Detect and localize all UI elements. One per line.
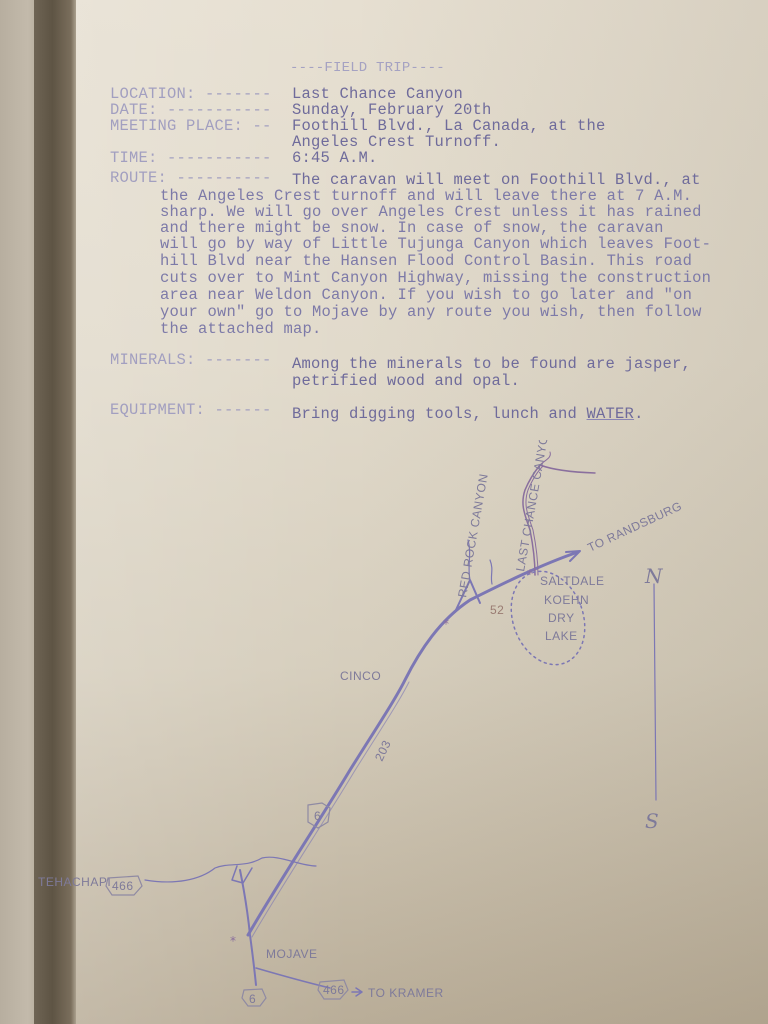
compass-south: S xyxy=(645,809,659,833)
map-label-to-kramer: TO KRAMER xyxy=(368,986,444,1000)
meeting-place-value-line-1: Foothill Blvd., La Canada, at the xyxy=(292,118,606,134)
arrow-to-kramer xyxy=(352,988,362,996)
map-label-red-rock-canyon: RED ROCK CANYON xyxy=(455,472,491,598)
equipment-text: Bring digging tools, lunch and xyxy=(292,405,587,423)
svg-text:6: 6 xyxy=(249,992,256,1006)
minerals-value-line-2: petrified wood and opal. xyxy=(292,373,520,389)
route-line: cuts over to Mint Canyon Highway, missin… xyxy=(160,270,711,286)
route-line: sharp. We will go over Angeles Crest unl… xyxy=(160,204,702,220)
time-label: TIME: ----------- xyxy=(110,150,272,166)
date-value: Sunday, February 20th xyxy=(292,102,492,118)
time-value: 6:45 A.M. xyxy=(292,150,378,166)
route-line: and there might be snow. In case of snow… xyxy=(160,220,664,236)
meeting-place-label: MEETING PLACE: -- xyxy=(110,118,272,134)
tehachapi-road xyxy=(145,857,316,882)
route-first-line: The caravan will meet on Foothill Blvd.,… xyxy=(292,172,701,188)
hand-drawn-map: * * * LAST CHANCE CANYON RED ROCK CANYON… xyxy=(0,440,768,1024)
meeting-place-value-line-2: Angeles Crest Turnoff. xyxy=(292,134,501,150)
star-marker-red-rock: * xyxy=(443,617,449,631)
route-label: ROUTE: ---------- xyxy=(110,170,272,186)
us-route-466-shield-left: 466 xyxy=(106,876,142,895)
route-line: the attached map. xyxy=(160,321,322,337)
route-line: hill Blvd near the Hansen Flood Control … xyxy=(160,253,692,269)
map-label-lake-line-3: LAKE xyxy=(545,629,578,643)
map-label-last-chance-canyon: LAST CHANCE CANYON xyxy=(513,440,552,573)
star-marker-mojave: * xyxy=(230,934,236,948)
water-emphasis: WATER xyxy=(587,405,635,423)
location-label: LOCATION: ------- xyxy=(110,86,272,102)
map-label-tehachapi: TEHACHAPI xyxy=(38,875,111,889)
map-label-mojave: MOJAVE xyxy=(266,947,317,961)
us-route-6-shield-bottom: 6 xyxy=(242,989,266,1006)
svg-text:466: 466 xyxy=(112,879,134,893)
map-label-cinco: CINCO xyxy=(340,669,381,683)
map-label-highway-203: 203 xyxy=(372,738,394,763)
route-line: will go by way of Little Tujunga Canyon … xyxy=(160,236,711,252)
minerals-value-line-1: Among the minerals to be found are jaspe… xyxy=(292,356,691,372)
compass-line xyxy=(654,584,656,800)
route-line: the Angeles Crest turnoff and will leave… xyxy=(160,188,692,204)
map-label-to-randsburg: TO RANDSBURG xyxy=(585,499,684,555)
map-label-highway-52: 52 xyxy=(490,603,504,617)
date-label: DATE: ----------- xyxy=(110,102,272,118)
route-line: your own" go to Mojave by any route you … xyxy=(160,304,702,320)
highway-main-road xyxy=(248,552,578,935)
map-label-lake-line-1: KOEHN xyxy=(544,593,589,607)
us-route-466-shield-right: 466 xyxy=(318,980,348,999)
route-line: area near Weldon Canyon. If you wish to … xyxy=(160,287,692,303)
map-label-saltdale: SALTDALE xyxy=(540,574,604,588)
star-marker-last-chance: * xyxy=(527,567,533,581)
svg-text:466: 466 xyxy=(323,983,345,997)
location-value: Last Chance Canyon xyxy=(292,86,463,102)
minerals-label: MINERALS: ------- xyxy=(110,352,272,368)
svg-text:6: 6 xyxy=(314,809,321,823)
map-label-lake-line-2: DRY xyxy=(548,611,575,625)
equipment-value: Bring digging tools, lunch and WATER. xyxy=(292,406,644,422)
document-title: ----FIELD TRIP---- xyxy=(290,60,445,76)
compass-north: N xyxy=(644,564,664,588)
equipment-label: EQUIPMENT: ------ xyxy=(110,402,272,418)
